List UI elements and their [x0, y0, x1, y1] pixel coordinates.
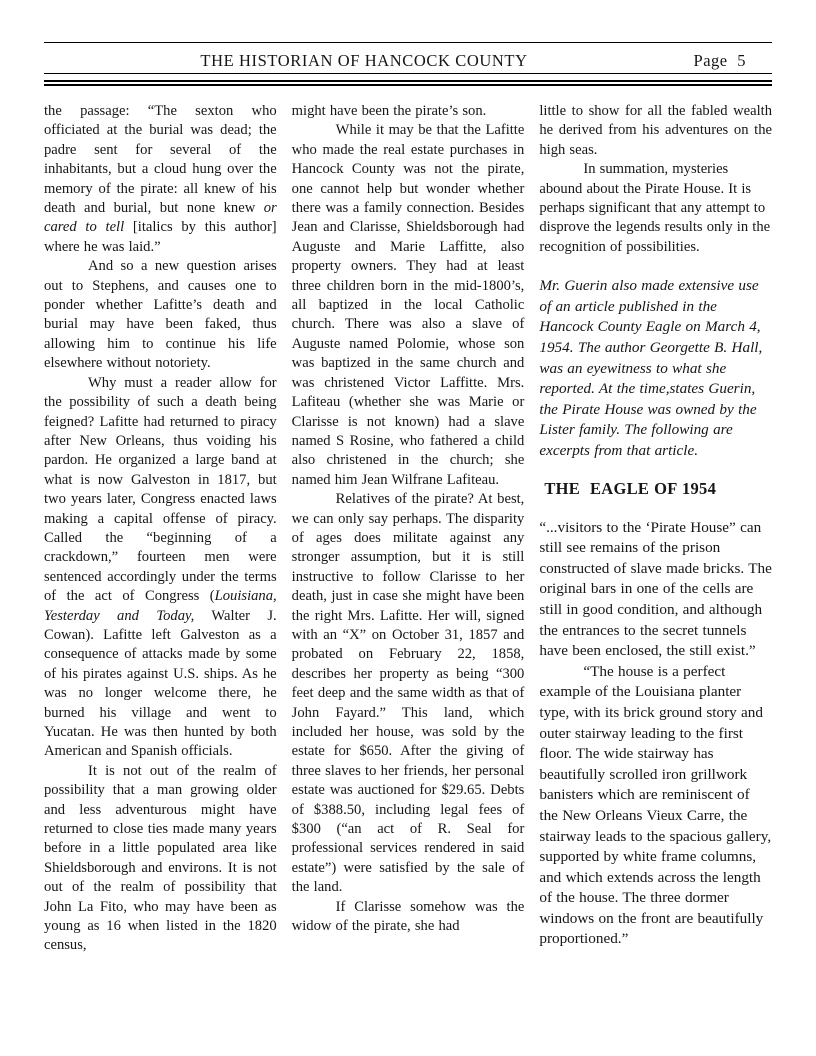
text-run: little to show for all the fabled wealth…	[539, 103, 772, 158]
text-run: While it may be that the Lafitte who mad…	[292, 122, 525, 487]
page-header: THE HISTORIAN OF HANCOCK COUNTY Page 5	[44, 42, 772, 86]
section-heading-eagle-1954: THE EAGLE OF 1954	[539, 479, 772, 499]
text-run: And so a new question arises out to Step…	[44, 258, 277, 371]
page-number: Page 5	[694, 51, 746, 71]
body-paragraph: Relatives of the pirate? At best, we can…	[292, 490, 525, 898]
text-run: Relatives of the pirate? At best, we can…	[292, 491, 525, 895]
text-run: Why must a reader allow for the possibil…	[44, 375, 277, 604]
editor-note-paragraph: Mr. Guerin also made extensive use of an…	[539, 276, 772, 461]
body-paragraph: little to show for all the fabled wealth…	[539, 102, 772, 160]
column-1: the passage: “The sexton who officiated …	[44, 102, 277, 956]
body-paragraph: the passage: “The sexton who officiated …	[44, 102, 277, 257]
document-page: THE HISTORIAN OF HANCOCK COUNTY Page 5 t…	[0, 0, 816, 1056]
body-paragraph: If Clarisse somehow was the widow of the…	[292, 898, 525, 937]
text-run: It is not out of the realm of possibilit…	[44, 763, 277, 954]
eagle-quote-paragraph: “The house is a perfect example of the L…	[539, 662, 772, 950]
body-paragraph: It is not out of the realm of possibilit…	[44, 762, 277, 956]
text-run: THE EAGLE OF 1954	[544, 479, 716, 498]
text-run: “The house is a perfect example of the L…	[539, 663, 771, 948]
eagle-quote-paragraph: “...visitors to the ‘Pirate House” can s…	[539, 518, 772, 662]
body-paragraph: And so a new question arises out to Step…	[44, 257, 277, 373]
italic-text-run: Mr. Guerin also made extensive use of an…	[539, 277, 762, 459]
body-paragraph: In summation, mysteries abound about the…	[539, 160, 772, 257]
text-run: If Clarisse somehow was the widow of the…	[292, 899, 525, 934]
body-paragraph: Why must a reader allow for the possibil…	[44, 374, 277, 762]
text-run: might have been the pirate’s son.	[292, 103, 487, 119]
text-run: Walter J. Cowan). Lafitte left Galveston…	[44, 608, 277, 760]
text-run: “...visitors to the ‘Pirate House” can s…	[539, 519, 772, 660]
body-paragraph: While it may be that the Lafitte who mad…	[292, 121, 525, 490]
column-3: little to show for all the fabled wealth…	[539, 102, 772, 956]
text-run: In summation, mysteries abound about the…	[539, 161, 770, 255]
header-double-rule	[44, 80, 772, 86]
column-2: might have been the pirate’s son.While i…	[292, 102, 525, 956]
text-run: the passage: “The sexton who officiated …	[44, 103, 277, 216]
article-body: the passage: “The sexton who officiated …	[44, 102, 772, 956]
newsletter-title: THE HISTORIAN OF HANCOCK COUNTY	[200, 51, 527, 70]
header-title-wrap: THE HISTORIAN OF HANCOCK COUNTY	[44, 51, 772, 71]
body-paragraph: might have been the pirate’s son.	[292, 102, 525, 121]
header-row: THE HISTORIAN OF HANCOCK COUNTY Page 5	[44, 43, 772, 74]
